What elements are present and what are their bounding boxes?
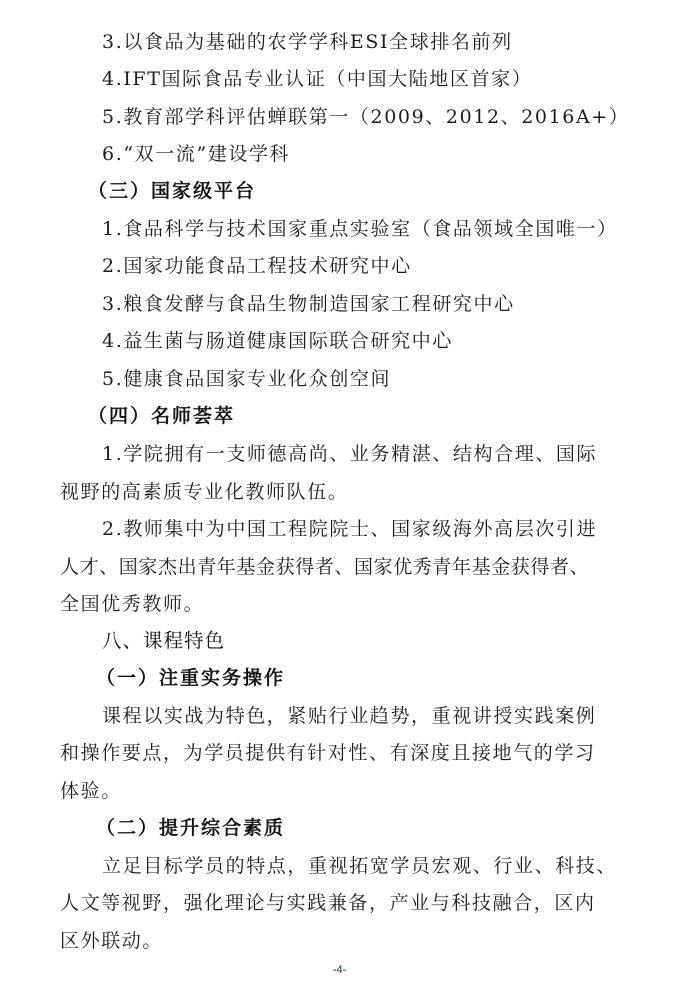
section-heading-practical-operation: （一）注重实务操作 xyxy=(96,663,285,693)
paragraph-line: 课程以实战为特色，紧贴行业趋势，重视讲授实践案例 xyxy=(102,701,596,731)
list-item: 6.“双一流”建设学科 xyxy=(102,139,290,169)
list-item: 2.国家功能食品工程技术研究中心 xyxy=(102,251,412,281)
list-item: 4.IFT国际食品专业认证（中国大陆地区首家） xyxy=(102,64,532,94)
paragraph-line: 和操作要点，为学员提供有针对性、有深度且接地气的学习 xyxy=(60,738,596,768)
list-item: 1.食品科学与技术国家重点实验室（食品领域全国唯一） xyxy=(102,214,618,244)
page-number-suffix: - xyxy=(343,964,347,976)
paragraph-line: 区外联动。 xyxy=(60,926,163,956)
section-heading-famous-teachers: （四）名师荟萃 xyxy=(88,401,235,431)
paragraph-line: 2.教师集中为中国工程院院士、国家级海外高层次引进 xyxy=(102,514,597,544)
section-heading-national-platforms: （三）国家级平台 xyxy=(88,176,256,206)
document-page: 3.以食品为基础的农学学科ESI全球排名前列 4.IFT国际食品专业认证（中国大… xyxy=(0,0,679,986)
paragraph-line: 全国优秀教师。 xyxy=(60,589,204,619)
page-number: -4- xyxy=(0,964,679,976)
list-item: 4.益生菌与肠道健康国际联合研究中心 xyxy=(102,326,453,356)
paragraph-line: 人才、国家杰出青年基金获得者、国家优秀青年基金获得者、 xyxy=(60,552,589,582)
list-item: 5.健康食品国家专业化众创空间 xyxy=(102,364,391,394)
chapter-heading-course-features: 八、课程特色 xyxy=(102,626,225,656)
paragraph-line: 视野的高素质专业化教师队伍。 xyxy=(60,477,348,507)
section-heading-comprehensive-quality: （二）提升综合素质 xyxy=(96,813,285,843)
list-item: 5.教育部学科评估蝉联第一（2009、2012、2016A+） xyxy=(102,102,629,132)
paragraph-line: 体验。 xyxy=(60,776,122,806)
paragraph-line: 1.学院拥有一支师德高尚、业务精湛、结构合理、国际 xyxy=(102,439,597,469)
list-item: 3.以食品为基础的农学学科ESI全球排名前列 xyxy=(102,27,513,57)
paragraph-line: 立足目标学员的特点，重视拓宽学员宏观、行业、科技、 xyxy=(102,851,617,881)
list-item: 3.粮食发酵与食品生物制造国家工程研究中心 xyxy=(102,289,515,319)
paragraph-line: 人文等视野，强化理论与实践兼备，产业与科技融合，区内 xyxy=(60,888,596,918)
